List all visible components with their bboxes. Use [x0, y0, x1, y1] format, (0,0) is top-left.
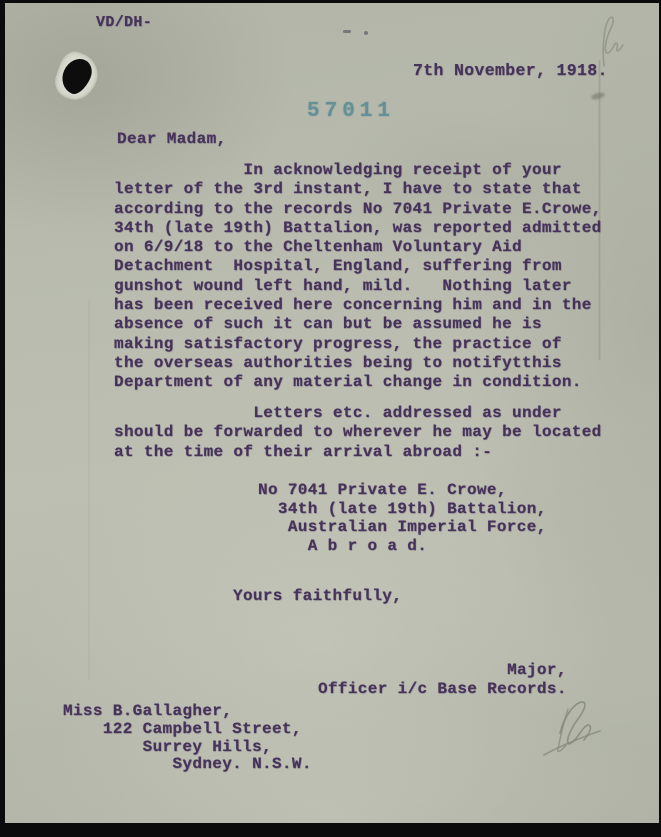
- salutation: Dear Madam,: [117, 130, 226, 149]
- pencil-signature: [538, 695, 608, 761]
- registration-stamp-number: 57011: [307, 100, 395, 123]
- valediction: Yours faithfully,: [233, 587, 402, 606]
- body-paragraph-1: In acknowledging receipt of your letter …: [114, 161, 602, 393]
- scanned-letter-page: { "letter": { "reference": "VD/DH-", "da…: [0, 0, 661, 837]
- reference-code: VD/DH-: [96, 13, 152, 32]
- letter-date: 7th November, 1918.: [413, 61, 608, 80]
- forwarding-address: No 7041 Private E. Crowe, 34th (late 19t…: [258, 481, 547, 555]
- ink-speck: [364, 31, 368, 35]
- paper-crease: [88, 300, 90, 680]
- recipient-address: Miss B.Gallagher, 122 Campbell Street, S…: [63, 703, 312, 774]
- signature-block: Major, Officer i/c Base Records.: [318, 661, 567, 698]
- body-paragraph-2: Letters etc. addressed as under should b…: [114, 404, 602, 462]
- ink-speck: [343, 30, 351, 33]
